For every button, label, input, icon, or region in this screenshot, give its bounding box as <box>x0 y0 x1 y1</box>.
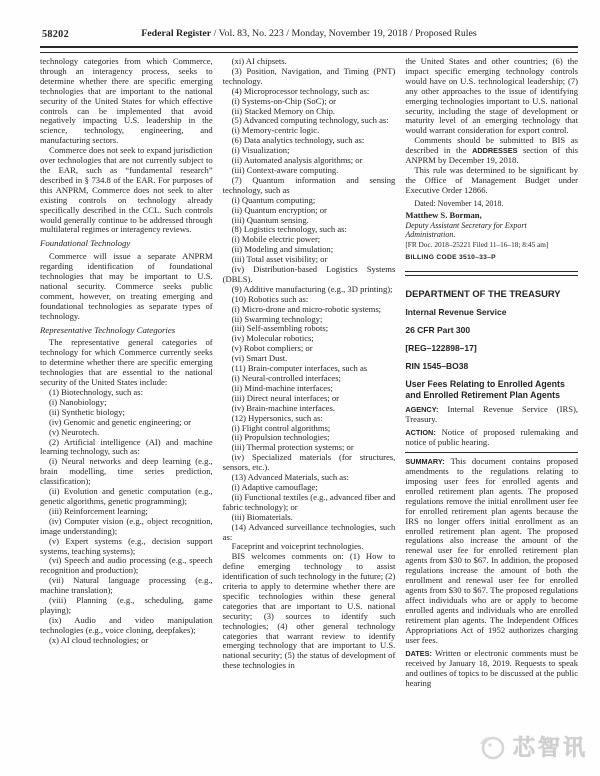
federal-register-page: 58202 Federal Register / Vol. 83, No. 22… <box>0 0 600 776</box>
watermark-logo-icon <box>477 732 507 762</box>
paragraph: technology categories from which Commerc… <box>40 57 213 146</box>
signature-title: Deputy Assistant Secretary for Export Ad… <box>405 221 578 239</box>
list-item: (7) Quantum information and sensing tech… <box>223 176 396 196</box>
field-label: DATES: <box>405 649 432 658</box>
action-field: ACTION: Notice of proposed rulemaking an… <box>405 428 578 448</box>
department-heading: DEPARTMENT OF THE TREASURY <box>405 288 578 299</box>
list-item: (viii) Planning (e.g., scheduling, game … <box>40 596 213 616</box>
list-item: (iv) Distribution-based Logistics System… <box>223 265 396 285</box>
summary-field: SUMMARY: This document contains proposed… <box>405 457 578 645</box>
list-item: (iv) Computer vision (e.g., object recog… <box>40 517 213 537</box>
list-item: (ii) Functional textiles (e.g., advanced… <box>223 493 396 513</box>
page-header: 58202 Federal Register / Vol. 83, No. 22… <box>40 28 578 43</box>
header-title-journal: Federal Register <box>141 28 211 39</box>
paragraph: The representative general categories of… <box>40 338 213 388</box>
billing-code: BILLING CODE 3510–33–P <box>405 253 578 263</box>
list-item: (v) Expert systems (e.g., decision suppo… <box>40 537 213 557</box>
column-1: technology categories from which Commerc… <box>40 57 213 689</box>
field-label: SUMMARY: <box>405 457 444 466</box>
document-body: technology categories from which Commerc… <box>40 57 578 689</box>
cfr-part-heading: 26 CFR Part 300 <box>405 325 578 335</box>
document-title: User Fees Relating to Enrolled Agents an… <box>405 379 578 400</box>
list-item: (ix) Audio and video manipulation techno… <box>40 616 213 636</box>
watermark-text: 芯智讯 <box>513 731 588 762</box>
list-item: (2) Artificial intelligence (AI) and mac… <box>40 438 213 458</box>
field-divider-rule <box>405 452 578 453</box>
list-item: (ii) Evolution and genetic computation (… <box>40 487 213 507</box>
paragraph: Commerce will issue a separate ANPRM reg… <box>40 252 213 321</box>
section-heading-categories: Representative Technology Categories <box>40 326 213 336</box>
column-3: the United States and other countries; (… <box>405 57 578 689</box>
inline-reference: ADDRESSES <box>472 146 517 155</box>
field-label: ACTION: <box>405 428 435 437</box>
paragraph: Comments should be submitted to BIS as d… <box>405 136 578 166</box>
section-divider-rule <box>405 271 578 276</box>
paragraph: BIS welcomes comments on: (1) How to def… <box>223 552 396 671</box>
dated-line: Dated: November 14, 2018. <box>405 199 578 209</box>
list-item: (3) Position, Navigation, and Timing (PN… <box>223 67 396 87</box>
header-title-issue: / Vol. 83, No. 223 / Monday, November 19… <box>211 28 477 39</box>
paragraph: This rule was determined to be significa… <box>405 166 578 196</box>
list-item: (ii) Quantum encryption; or <box>223 206 396 216</box>
rin-number: RIN 1545–BO38 <box>405 361 578 371</box>
column-2: (xi) AI chipsets.(3) Position, Navigatio… <box>223 57 396 689</box>
list-item: (iv) Specialized materials (for structur… <box>223 453 396 473</box>
watermark: 芯智讯 <box>477 731 588 762</box>
list-item: (vi) Speech and audio processing (e.g., … <box>40 556 213 576</box>
reg-number: [REG–122898–17] <box>405 343 578 353</box>
list-item: (x) AI cloud technologies; or <box>40 636 213 646</box>
section-heading-foundational: Foundational Technology <box>40 239 213 249</box>
dates-field: DATES: Written or electronic comments mu… <box>405 649 578 689</box>
fr-doc-line: [FR Doc. 2018–25221 Filed 11–16–18; 8:45… <box>405 241 578 250</box>
list-item: (14) Advanced surveillance technologies,… <box>223 523 396 543</box>
page-number: 58202 <box>42 29 69 40</box>
paragraph: the United States and other countries; (… <box>405 57 578 136</box>
list-item: (vii) Natural language processing (e.g.,… <box>40 576 213 596</box>
list-item: (i) Neural networks and deep learning (e… <box>40 457 213 487</box>
field-label: AGENCY: <box>405 405 438 414</box>
agency-heading: Internal Revenue Service <box>405 307 578 317</box>
header-title: Federal Register / Vol. 83, No. 223 / Mo… <box>40 28 578 39</box>
paragraph: Commerce does not seek to expand jurisdi… <box>40 146 213 235</box>
signature-name: Matthew S. Borman, <box>405 211 578 221</box>
agency-field: AGENCY: Internal Revenue Service (IRS), … <box>405 405 578 425</box>
header-double-rule <box>40 46 578 53</box>
